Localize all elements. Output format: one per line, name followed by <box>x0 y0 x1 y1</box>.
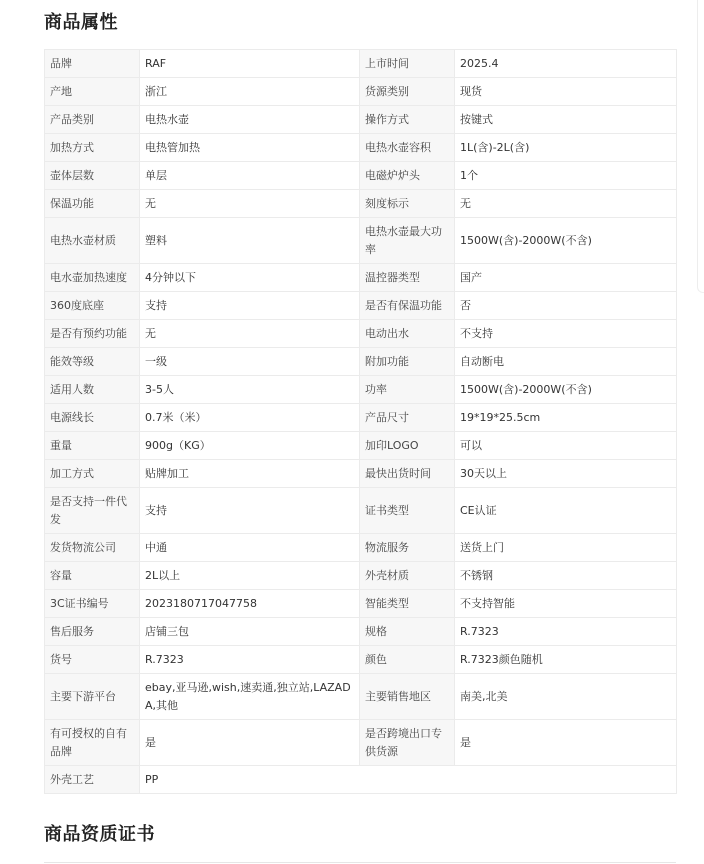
attr-key: 是否有预约功能 <box>45 320 140 348</box>
attr-value: 按键式 <box>455 106 677 134</box>
attr-value: 3-5人 <box>140 376 360 404</box>
attr-key: 加工方式 <box>45 460 140 488</box>
table-row: 保温功能无刻度标示无 <box>45 190 677 218</box>
table-row: 重量900g（KG）加印LOGO可以 <box>45 432 677 460</box>
attr-key: 电磁炉炉头 <box>360 162 455 190</box>
attr-value: 电热水壶 <box>140 106 360 134</box>
attr-key: 产品类别 <box>45 106 140 134</box>
attr-key: 壶体层数 <box>45 162 140 190</box>
table-row: 3C证书编号2023180717047758智能类型不支持智能 <box>45 590 677 618</box>
attr-value: RAF <box>140 50 360 78</box>
attr-value: R.7323 <box>140 646 360 674</box>
attr-value: 1500W(含)-2000W(不含) <box>455 376 677 404</box>
attr-value: 电热管加热 <box>140 134 360 162</box>
attr-value: 1L(含)-2L(含) <box>455 134 677 162</box>
attr-value: 塑料 <box>140 218 360 264</box>
attr-key: 有可授权的自有品牌 <box>45 720 140 766</box>
attr-value: R.7323颜色随机 <box>455 646 677 674</box>
attr-key: 适用人数 <box>45 376 140 404</box>
attr-value: 店铺三包 <box>140 618 360 646</box>
attr-key: 外壳工艺 <box>45 766 140 794</box>
attr-value: 无 <box>140 320 360 348</box>
attr-key: 加印LOGO <box>360 432 455 460</box>
attr-key: 发货物流公司 <box>45 534 140 562</box>
attr-value: 中通 <box>140 534 360 562</box>
attr-value: 否 <box>455 292 677 320</box>
attr-key: 360度底座 <box>45 292 140 320</box>
attr-key: 规格 <box>360 618 455 646</box>
attr-key: 物流服务 <box>360 534 455 562</box>
attr-key: 主要下游平台 <box>45 674 140 720</box>
table-row: 加热方式电热管加热电热水壶容积1L(含)-2L(含) <box>45 134 677 162</box>
attr-key: 能效等级 <box>45 348 140 376</box>
attr-key: 是否有保温功能 <box>360 292 455 320</box>
attr-key: 电热水壶最大功率 <box>360 218 455 264</box>
attr-value: 南美,北美 <box>455 674 677 720</box>
attr-value: 是 <box>455 720 677 766</box>
attr-value: 1个 <box>455 162 677 190</box>
attr-value: 可以 <box>455 432 677 460</box>
attr-key: 刻度标示 <box>360 190 455 218</box>
attr-value: R.7323 <box>455 618 677 646</box>
attr-key: 电水壶加热速度 <box>45 264 140 292</box>
table-row: 是否有预约功能无电动出水不支持 <box>45 320 677 348</box>
attr-value: 自动断电 <box>455 348 677 376</box>
table-row: 360度底座支持是否有保温功能否 <box>45 292 677 320</box>
side-panel-edge <box>697 0 704 293</box>
table-row: 电源线长0.7米（米）产品尺寸19*19*25.5cm <box>45 404 677 432</box>
attr-value: 现货 <box>455 78 677 106</box>
table-row: 外壳工艺PP <box>45 766 677 794</box>
attr-key: 外壳材质 <box>360 562 455 590</box>
attr-value: 浙江 <box>140 78 360 106</box>
attr-value: 2023180717047758 <box>140 590 360 618</box>
attr-key: 3C证书编号 <box>45 590 140 618</box>
attr-value: 支持 <box>140 488 360 534</box>
table-row: 壶体层数单层电磁炉炉头1个 <box>45 162 677 190</box>
attr-key: 电热水壶材质 <box>45 218 140 264</box>
attr-value: 无 <box>140 190 360 218</box>
attr-key: 售后服务 <box>45 618 140 646</box>
attr-key: 货源类别 <box>360 78 455 106</box>
attr-value: 无 <box>455 190 677 218</box>
table-row: 产品类别电热水壶操作方式按键式 <box>45 106 677 134</box>
attr-value: 1500W(含)-2000W(不含) <box>455 218 677 264</box>
attr-key: 证书类型 <box>360 488 455 534</box>
table-row: 是否支持一件代发支持证书类型CE认证 <box>45 488 677 534</box>
table-row: 容量2L以上外壳材质不锈钢 <box>45 562 677 590</box>
attr-key: 保温功能 <box>45 190 140 218</box>
attr-value: 2L以上 <box>140 562 360 590</box>
attr-key: 颜色 <box>360 646 455 674</box>
table-row: 品牌RAF上市时间2025.4 <box>45 50 677 78</box>
attr-key: 是否支持一件代发 <box>45 488 140 534</box>
attr-key: 电动出水 <box>360 320 455 348</box>
attr-value: 不支持智能 <box>455 590 677 618</box>
table-row: 能效等级一级附加功能自动断电 <box>45 348 677 376</box>
table-row: 主要下游平台ebay,亚马逊,wish,速卖通,独立站,LAZADA,其他主要销… <box>45 674 677 720</box>
attr-key: 功率 <box>360 376 455 404</box>
attr-key: 智能类型 <box>360 590 455 618</box>
attributes-table: 品牌RAF上市时间2025.4 产地浙江货源类别现货 产品类别电热水壶操作方式按… <box>44 49 677 794</box>
attr-key: 上市时间 <box>360 50 455 78</box>
attr-value: 30天以上 <box>455 460 677 488</box>
attr-value: 不锈钢 <box>455 562 677 590</box>
attr-key: 主要销售地区 <box>360 674 455 720</box>
attr-value: CE认证 <box>455 488 677 534</box>
attr-key: 附加功能 <box>360 348 455 376</box>
attr-value: 19*19*25.5cm <box>455 404 677 432</box>
section-title-certificates: 商品资质证书 <box>44 823 155 847</box>
attr-value: 4分钟以下 <box>140 264 360 292</box>
attr-value: 支持 <box>140 292 360 320</box>
table-row: 货号R.7323颜色R.7323颜色随机 <box>45 646 677 674</box>
attr-key: 温控器类型 <box>360 264 455 292</box>
attr-key: 产地 <box>45 78 140 106</box>
attr-value: 900g（KG） <box>140 432 360 460</box>
divider <box>44 862 676 863</box>
attr-value: 一级 <box>140 348 360 376</box>
attr-value: 送货上门 <box>455 534 677 562</box>
table-row: 电热水壶材质塑料电热水壶最大功率1500W(含)-2000W(不含) <box>45 218 677 264</box>
attr-value: 2025.4 <box>455 50 677 78</box>
attr-value: 是 <box>140 720 360 766</box>
attr-value: 不支持 <box>455 320 677 348</box>
table-row: 发货物流公司中通物流服务送货上门 <box>45 534 677 562</box>
table-row: 加工方式贴牌加工最快出货时间30天以上 <box>45 460 677 488</box>
attr-key: 操作方式 <box>360 106 455 134</box>
attr-value: 国产 <box>455 264 677 292</box>
attr-key: 最快出货时间 <box>360 460 455 488</box>
attr-key: 电源线长 <box>45 404 140 432</box>
attr-key: 是否跨境出口专供货源 <box>360 720 455 766</box>
attr-value: ebay,亚马逊,wish,速卖通,独立站,LAZADA,其他 <box>140 674 360 720</box>
attr-key: 加热方式 <box>45 134 140 162</box>
attr-key: 品牌 <box>45 50 140 78</box>
attr-value: 贴牌加工 <box>140 460 360 488</box>
table-row: 电水壶加热速度4分钟以下温控器类型国产 <box>45 264 677 292</box>
table-row: 售后服务店铺三包规格R.7323 <box>45 618 677 646</box>
attr-key: 货号 <box>45 646 140 674</box>
attr-key: 容量 <box>45 562 140 590</box>
attr-key: 电热水壶容积 <box>360 134 455 162</box>
table-row: 适用人数3-5人功率1500W(含)-2000W(不含) <box>45 376 677 404</box>
attr-value: 单层 <box>140 162 360 190</box>
table-row: 产地浙江货源类别现货 <box>45 78 677 106</box>
section-title-attributes: 商品属性 <box>44 11 118 35</box>
attr-key: 产品尺寸 <box>360 404 455 432</box>
attr-value: PP <box>140 766 677 794</box>
table-row: 有可授权的自有品牌是是否跨境出口专供货源是 <box>45 720 677 766</box>
attr-key: 重量 <box>45 432 140 460</box>
attr-value: 0.7米（米） <box>140 404 360 432</box>
